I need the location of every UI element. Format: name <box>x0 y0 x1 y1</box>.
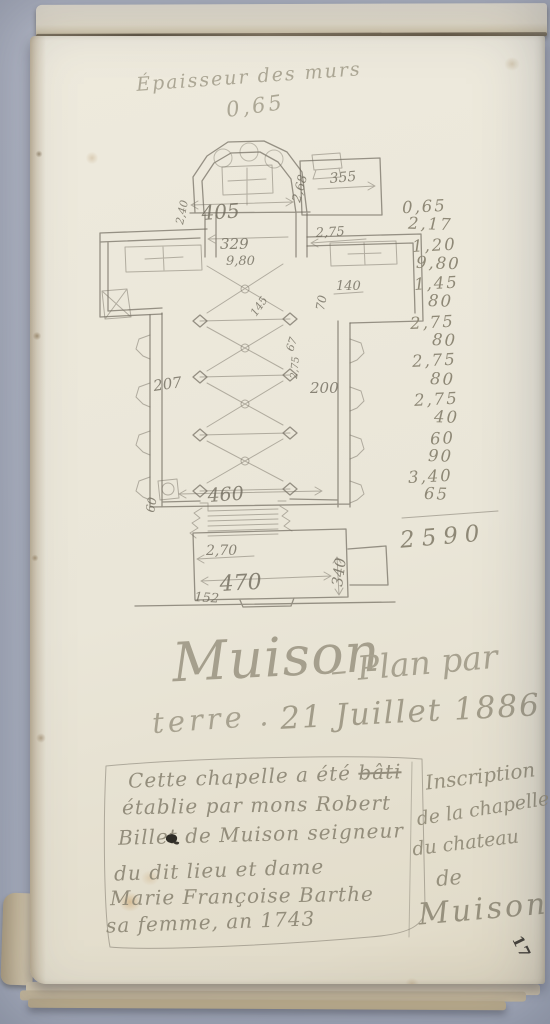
dim-67: 67 <box>283 336 300 353</box>
left-buttresses <box>136 335 150 500</box>
measure-value: 2,75 <box>412 348 487 371</box>
dim-140: 140 <box>336 279 361 294</box>
dim-460: 460 <box>206 483 245 508</box>
left-chapel-altar <box>125 245 202 272</box>
measure-value: 2,75 <box>410 310 487 333</box>
dim-405: 405 <box>200 198 241 225</box>
right-buttresses <box>350 339 364 503</box>
photo-of-sketchbook: { "photo": { "background_color": "#adb3c… <box>0 0 550 1024</box>
tower-walls <box>135 529 395 607</box>
dim-980: 9,80 <box>226 254 255 269</box>
church-floor-plan: 2,40 405 2,68 355 329 9,80 2,75 140 70 1… <box>100 141 423 607</box>
dim-340: 340 <box>328 556 350 587</box>
dim-275-right: 2,75 <box>314 224 345 241</box>
dim-145: 145 <box>248 294 271 319</box>
dim-470: 470 <box>218 570 262 597</box>
notebook-page: 2,40 405 2,68 355 329 9,80 2,75 140 70 1… <box>30 36 545 984</box>
left-chapel-niche <box>102 289 131 319</box>
dim-200: 200 <box>309 379 339 397</box>
nave-walls <box>150 313 350 507</box>
stoup-symbol <box>158 479 179 500</box>
sum-underline <box>402 511 498 518</box>
nave-piers <box>193 313 297 497</box>
inscription-line-5: Marie Françoise Barthe <box>110 882 374 911</box>
dim-270: 2,70 <box>205 543 237 559</box>
dim-207: 207 <box>151 373 183 395</box>
dim-355: 355 <box>329 169 357 187</box>
measure-value: 40 <box>434 407 487 428</box>
dim-275-center: 2,75 <box>289 356 302 380</box>
measure-value: 60 <box>430 426 487 448</box>
struck-word: bâti <box>358 759 402 784</box>
page-stack-edge-3 <box>28 999 506 1011</box>
stoup-basin <box>162 483 174 495</box>
dim-60: 60 <box>143 496 160 514</box>
inscription-line-2: établie par mons Robert <box>122 791 391 820</box>
dim-70: 70 <box>313 294 330 312</box>
dim-152: 152 <box>194 590 220 607</box>
dim-240: 2,40 <box>173 199 191 227</box>
measure-value: 65 <box>424 484 487 505</box>
measurement-column: 0,65 2,17 1,20 9,80 1,45 80 2,75 80 2,75… <box>402 196 486 505</box>
dim-268: 2,68 <box>288 173 310 205</box>
side-note-line-4: de <box>435 865 463 891</box>
dim-329: 329 <box>220 235 249 253</box>
previous-page-folded-edge <box>36 3 547 38</box>
